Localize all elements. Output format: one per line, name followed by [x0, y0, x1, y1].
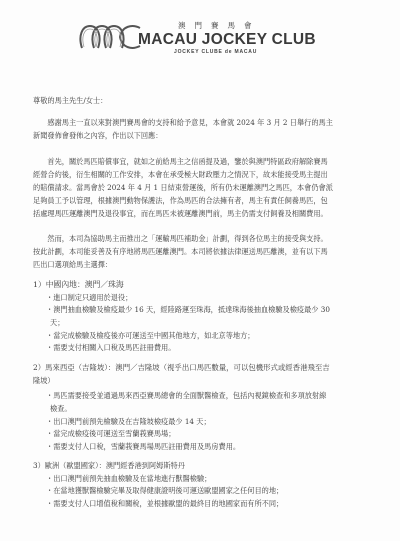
paragraph-line: 經營合約後，衍生相關的工作安排，本會在承受極大財政壓力之情況下，故未能接受馬主提… [33, 170, 328, 180]
paragraph-line: 括處理馬匹運離澳門及退役事宜，而在馬匹未被運離澳門前，馬主仍需支付飼養及相關費用… [33, 209, 328, 219]
option-heading: 2）馬來西亞（吉隆坡）：澳門／吉隆坡（視乎出口馬匹數量，可以包機形式或經香港飛至… [33, 363, 330, 373]
option-bullet: ・出口澳門前預先抽血檢驗及在當地進行獸醫檢驗； [46, 474, 211, 484]
letterhead: 澳門賽馬會 MACAU JOCKEY CLUB JOCKEY CLUBE de … [78, 18, 328, 58]
option-bullet: ・當完成檢驗及檢疫後亦可運送至中國其他地方，如北京等地方； [46, 331, 254, 341]
org-name-chinese: 澳門賽馬會 [178, 20, 261, 31]
org-name-portuguese: JOCKEY CLUBE de MACAU [174, 49, 257, 55]
paragraph-line: 新聞發佈會發佈之內容，作出以下回應： [33, 131, 162, 141]
letter-page: 澳門賽馬會 MACAU JOCKEY CLUB JOCKEY CLUBE de … [0, 0, 400, 541]
option-bullet: ・需要支付相關入口稅及馬匹註冊費用。 [46, 343, 175, 353]
option-bullet: ・進口制定只適用於退役； [46, 293, 132, 303]
paragraph-line: 足夠員工予以管理，根據澳門動物保護法，作為馬匹的合法擁有者，馬主有責任飼養馬匹，… [33, 196, 328, 206]
paragraph-line: 的賠償請求。當馬會於 2024 年 4 月 1 日結束營運後，所有仍未運離澳門之… [33, 183, 333, 193]
salutation: 尊敬的馬主先生/女士： [33, 96, 107, 106]
paragraph-line: 按此計劃，本司能妥善及有序地將馬匹運離澳門。本司將依據法律運送馬匹離澳，並有以下… [33, 247, 328, 257]
option-bullet: ・需要支付人口增值稅和關稅，並根據歐盟的最終目的地國家而有所不同； [46, 499, 283, 509]
option-heading: 3）歐洲（歐盟國家）：澳門經香港到阿姆斯特丹 [33, 461, 185, 471]
paragraph-line: 首先，關於馬匹賠償事宜，就如之前給馬主之信函提及過，鑒於與澳門特區政府解除賽馬 [33, 157, 328, 167]
option-bullet-cont: 檢查。 [50, 404, 72, 414]
option-bullet: ・當完成檢疫後可運送至雪蘭莪賽馬場； [46, 429, 175, 439]
paragraph-line: 感謝馬主一直以來對澳門賽馬會的支持和給予意見，本會就 2024 年 3 月 2 … [33, 118, 333, 128]
option-bullet: ・出口澳門前預先檢驗及在吉隆坡檢疫最少 14 天； [46, 417, 211, 427]
org-name-english: MACAU JOCKEY CLUB [138, 31, 316, 49]
option-bullet-cont: 天； [50, 318, 64, 328]
option-bullet: ・需要支付人口稅，雪蘭莪賽馬場馬匹註冊費用及馬房費用。 [46, 442, 240, 452]
option-heading-cont: 隆坡） [33, 376, 55, 386]
paragraph-line: 然而，本司為協助馬主而推出之「運輸馬匹補助金」計劃，得到各位馬主的接受與支持。 [33, 234, 328, 244]
option-bullet: ・澳門抽血檢驗及檢疫最少 16 天，經陸路運至珠海，抵達珠海後抽血檢驗及檢疫最少… [46, 305, 330, 315]
paragraph-line: 匹出口選項給馬主選擇： [33, 260, 112, 270]
option-bullet: ・馬匹需要接受並通過馬來西亞賽馬總會的全面獸醫檢查，包括內視鏡檢查和多項放射線 [46, 391, 326, 401]
option-bullet: ・在當地獲獸醫檢驗完畢及取得健康證明後可運送歐盟國家之任何目的地； [46, 486, 283, 496]
horseshoe-logo-icon [78, 22, 142, 52]
option-heading: 1）中國內地：澳門／珠海 [33, 280, 124, 290]
